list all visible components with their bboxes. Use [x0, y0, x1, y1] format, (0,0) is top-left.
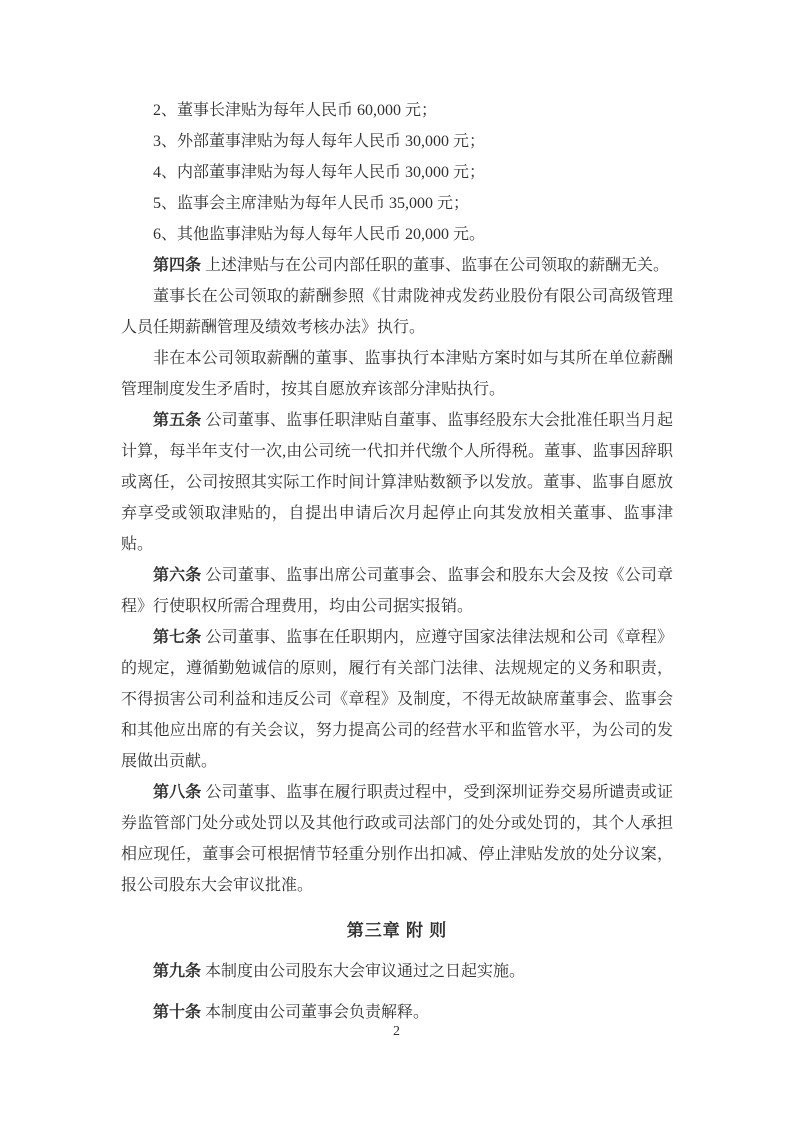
list-item: 2、董事长津贴为每年人民币 60,000 元；: [121, 95, 673, 126]
list-item: 4、内部董事津贴为每人每年人民币 30,000 元；: [121, 157, 673, 188]
article-label: 第七条: [153, 629, 201, 646]
document-body: 2、董事长津贴为每年人民币 60,000 元；3、外部董事津贴为每人每年人民币 …: [121, 95, 673, 1028]
paragraph-text: 公司董事、监事出席公司董事会、监事会和股东大会及按《公司章程》行使职权所需合理费…: [121, 567, 673, 615]
paragraph-text: 本制度由公司股东大会审议通过之日起实施。: [205, 963, 525, 980]
article-label: 第五条: [153, 412, 201, 429]
paragraph-text: 5、监事会主席津贴为每年人民币 35,000 元；: [153, 195, 469, 212]
paragraph-text: 3、外部董事津贴为每人每年人民币 30,000 元；: [153, 133, 485, 150]
paragraph: 董事长在公司领取的薪酬参照《甘肃陇神戎发药业股份有限公司高级管理人员任期薪酬管理…: [121, 281, 673, 343]
document-page: 2、董事长津贴为每年人民币 60,000 元；3、外部董事津贴为每人每年人民币 …: [0, 0, 793, 1122]
page-number: 2: [0, 1024, 793, 1040]
paragraph-text: 董事长在公司领取的薪酬参照《甘肃陇神戎发药业股份有限公司高级管理人员任期薪酬管理…: [121, 288, 673, 336]
paragraph-text: 公司董事、监事任职津贴自董事、监事经股东大会批准任职当月起计算，每半年支付一次,…: [121, 412, 673, 553]
paragraph: 第九条 本制度由公司股东大会审议通过之日起实施。: [121, 956, 673, 987]
article-label: 第八条: [153, 784, 201, 801]
paragraph-text: 4、内部董事津贴为每人每年人民币 30,000 元；: [153, 164, 485, 181]
section-heading: 第三章 附 则: [121, 915, 673, 946]
paragraph: 第六条 公司董事、监事出席公司董事会、监事会和股东大会及按《公司章程》行使职权所…: [121, 560, 673, 622]
paragraph-text: 本制度由公司董事会负责解释。: [205, 1004, 429, 1021]
heading-text: 第三章 附 则: [347, 921, 448, 940]
paragraph-text: 6、其他监事津贴为每人每年人民币 20,000 元。: [153, 226, 485, 243]
paragraph: 第八条 公司董事、监事在履行职责过程中，受到深圳证券交易所谴责或证券监管部门处分…: [121, 777, 673, 901]
article-label: 第六条: [153, 567, 201, 584]
paragraph-text: 上述津贴与在公司内部任职的董事、监事在公司领取的薪酬无关。: [205, 257, 669, 274]
paragraph-text: 非在本公司领取薪酬的董事、监事执行本津贴方案时如与其所在单位薪酬管理制度发生矛盾…: [121, 350, 673, 398]
paragraph: 第七条 公司董事、监事在任职期内，应遵守国家法律法规和公司《章程》的规定，遵循勤…: [121, 622, 673, 777]
paragraph-text: 公司董事、监事在任职期内，应遵守国家法律法规和公司《章程》的规定，遵循勤勉诚信的…: [121, 629, 673, 770]
list-item: 5、监事会主席津贴为每年人民币 35,000 元；: [121, 188, 673, 219]
paragraph: 第五条 公司董事、监事任职津贴自董事、监事经股东大会批准任职当月起计算，每半年支…: [121, 405, 673, 560]
article-label: 第十条: [153, 1004, 201, 1021]
paragraph-text: 2、董事长津贴为每年人民币 60,000 元；: [153, 102, 437, 119]
list-item: 3、外部董事津贴为每人每年人民币 30,000 元；: [121, 126, 673, 157]
paragraph-text: 公司董事、监事在履行职责过程中，受到深圳证券交易所谴责或证券监管部门处分或处罚以…: [121, 784, 673, 894]
article-label: 第四条: [153, 257, 201, 274]
paragraph: 非在本公司领取薪酬的董事、监事执行本津贴方案时如与其所在单位薪酬管理制度发生矛盾…: [121, 343, 673, 405]
paragraph: 第四条 上述津贴与在公司内部任职的董事、监事在公司领取的薪酬无关。: [121, 250, 673, 281]
article-label: 第九条: [153, 963, 201, 980]
list-item: 6、其他监事津贴为每人每年人民币 20,000 元。: [121, 219, 673, 250]
